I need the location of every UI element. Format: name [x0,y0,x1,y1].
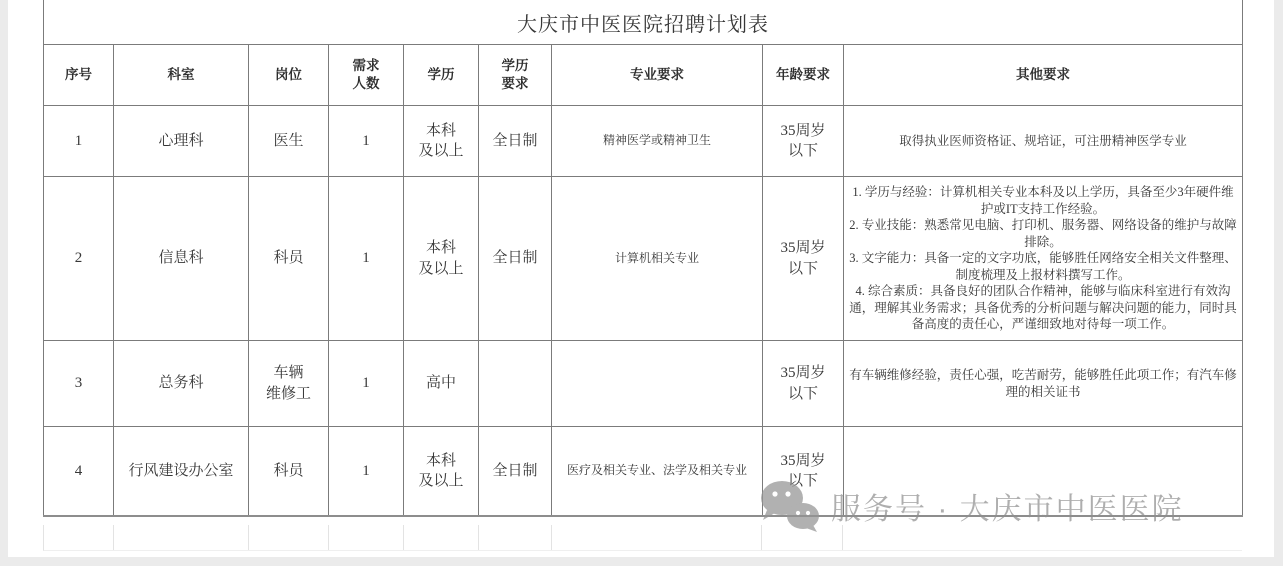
table-row: 1 心理科 医生 1 本科 及以上 全日制 精神医学或精神卫生 35周岁 以下 … [44,106,1243,177]
table-cell: 1 [44,106,114,177]
table-cell: 1 [329,106,404,177]
table-row: 3 总务科 车辆 维修工 1 高中 35周岁 以下 有车辆维修经验，责任心强，吃… [44,341,1243,427]
page-title: 大庆市中医医院招聘计划表 [44,0,1243,45]
empty-ghost-row [43,525,1242,551]
table-cell: 有车辆维修经验，责任心强，吃苦耐劳，能够胜任此项工作；有汽车修理的相关证书 [844,341,1243,427]
header-cell-education: 学历 [404,45,479,106]
table-cell: 35周岁 以下 [763,341,844,427]
table-cell: 计算机相关专业 [552,177,763,341]
table-row: 4 行风建设办公室 科员 1 本科 及以上 全日制 医疗及相关专业、法学及相关专… [44,427,1243,516]
recruitment-table: 大庆市中医医院招聘计划表 序号 科室 岗位 需求 人数 学历 学历 要求 专业要… [43,0,1243,517]
page-edge-right [1274,0,1283,566]
table-cell: 医生 [249,106,329,177]
table-cell: 35周岁 以下 [763,106,844,177]
table-cell: 1. 学历与经验：计算机相关专业本科及以上学历，具备至少3年硬件维护或IT支持工… [844,177,1243,341]
table-cell: 科员 [249,177,329,341]
table-cell: 精神医学或精神卫生 [552,106,763,177]
title-row: 大庆市中医医院招聘计划表 [44,0,1243,45]
table-cell: 3 [44,341,114,427]
header-cell-department: 科室 [114,45,249,106]
header-cell-other-req: 其他要求 [844,45,1243,106]
header-cell-edu-req: 学历 要求 [479,45,552,106]
table-cell: 行风建设办公室 [114,427,249,516]
table-cell: 本科 及以上 [404,427,479,516]
page-edge-bottom [0,557,1283,566]
table-cell: 1 [329,341,404,427]
table-cell: 高中 [404,341,479,427]
table-cell: 车辆 维修工 [249,341,329,427]
table-cell: 取得执业医师资格证、规培证，可注册精神医学专业 [844,106,1243,177]
header-row: 序号 科室 岗位 需求 人数 学历 学历 要求 专业要求 年龄要求 其他要求 [44,45,1243,106]
table-cell: 总务科 [114,341,249,427]
table-cell: 信息科 [114,177,249,341]
table-cell [844,427,1243,516]
table-cell [479,341,552,427]
table-row: 2 信息科 科员 1 本科 及以上 全日制 计算机相关专业 35周岁 以下 1.… [44,177,1243,341]
table-cell: 科员 [249,427,329,516]
table-cell: 1 [329,427,404,516]
header-cell-age-req: 年龄要求 [763,45,844,106]
table-cell: 35周岁 以下 [763,177,844,341]
table-cell: 全日制 [479,427,552,516]
table-cell: 2 [44,177,114,341]
table-cell: 心理科 [114,106,249,177]
table-cell [552,341,763,427]
table-cell: 全日制 [479,177,552,341]
table-cell: 全日制 [479,106,552,177]
table-cell: 本科 及以上 [404,106,479,177]
header-cell-seq: 序号 [44,45,114,106]
table-cell: 本科 及以上 [404,177,479,341]
page-edge-left [0,0,8,566]
header-cell-position: 岗位 [249,45,329,106]
header-cell-major-req: 专业要求 [552,45,763,106]
table-cell: 4 [44,427,114,516]
header-cell-headcount: 需求 人数 [329,45,404,106]
table-cell: 医疗及相关专业、法学及相关专业 [552,427,763,516]
table-cell: 1 [329,177,404,341]
table-cell: 35周岁 以下 [763,427,844,516]
